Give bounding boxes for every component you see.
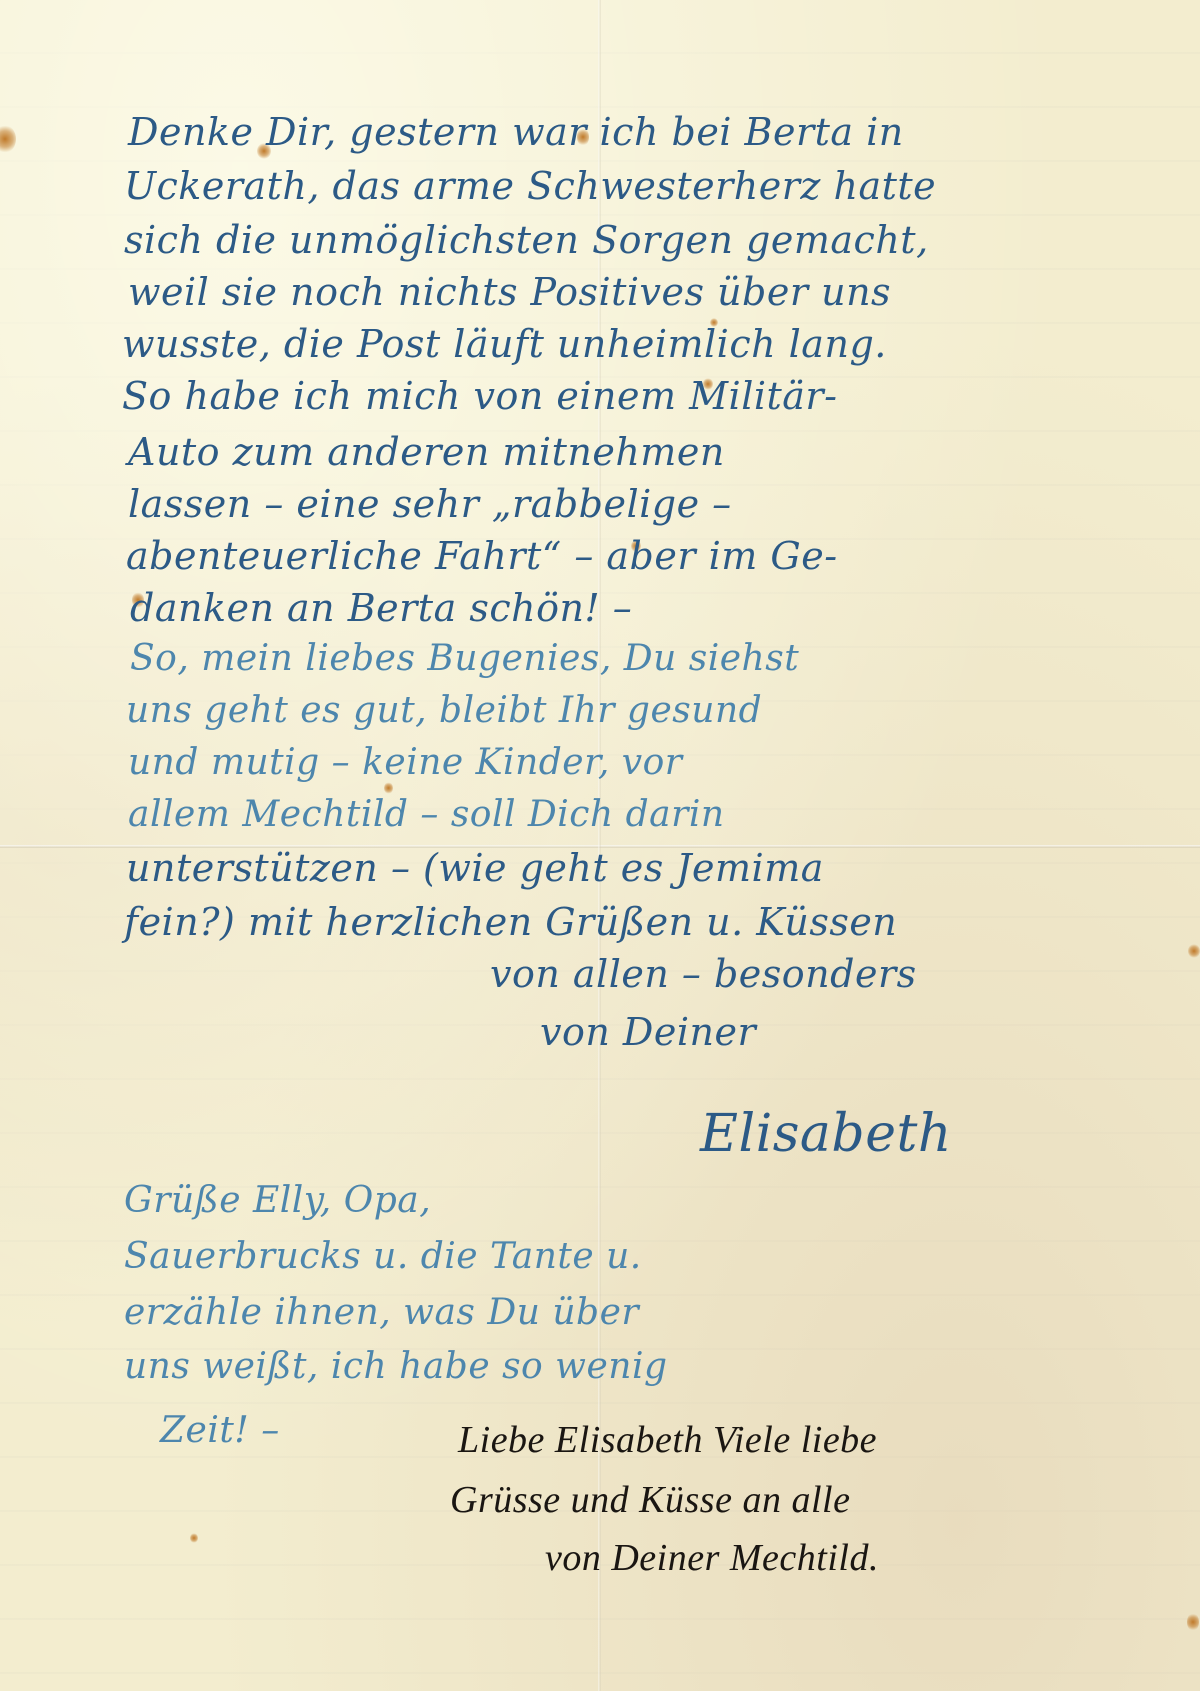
letter-line: So habe ich mich von einem Militär-: [122, 374, 837, 418]
letter-line: sich die unmöglichsten Sorgen gemacht,: [124, 218, 929, 262]
letter-line: fein?) mit herzlichen Grüßen u. Küssen: [124, 900, 897, 944]
foxing-stain: [1188, 944, 1200, 958]
letter-line: So, mein liebes Bugenies, Du siehst: [130, 638, 799, 679]
letter-line: und mutig – keine Kinder, vor: [128, 742, 682, 783]
letter-line: allem Mechtild – soll Dich darin: [128, 794, 725, 835]
letter-line: lassen – eine sehr „rabbelige –: [128, 482, 732, 526]
postscript-line: erzähle ihnen, was Du über: [124, 1292, 639, 1333]
child-note-line: Liebe Elisabeth Viele liebe: [458, 1418, 877, 1462]
foxing-stain: [0, 125, 16, 153]
letter-line: Auto zum anderen mitnehmen: [128, 430, 725, 474]
letter-line: weil sie noch nichts Positives über uns: [128, 270, 891, 314]
postscript-line: Sauerbrucks u. die Tante u.: [124, 1236, 642, 1277]
foxing-stain: [190, 1533, 198, 1543]
letter-line: wusste, die Post läuft unheimlich lang.: [122, 322, 887, 366]
letter-page: Denke Dir, gestern war ich bei Berta in …: [0, 0, 1200, 1691]
letter-line: unterstützen – (wie geht es Jemima: [126, 846, 824, 890]
letter-line: von allen – besonders: [490, 952, 917, 996]
foxing-stain: [384, 782, 393, 794]
letter-line: Uckerath, das arme Schwesterherz hatte: [124, 164, 936, 208]
letter-line: von Deiner: [540, 1010, 756, 1054]
letter-line: uns geht es gut, bleibt Ihr gesund: [126, 690, 762, 731]
child-note-line: Grüsse und Küsse an alle: [450, 1478, 850, 1522]
postscript-line: Grüße Elly, Opa,: [124, 1180, 431, 1221]
foxing-stain: [1187, 1613, 1199, 1631]
letter-line: danken an Berta schön! –: [130, 586, 632, 630]
letter-line: abenteuerliche Fahrt“ – aber im Ge-: [126, 534, 838, 578]
child-note-line: von Deiner Mechtild.: [545, 1536, 879, 1580]
letter-line: Denke Dir, gestern war ich bei Berta in: [128, 110, 904, 154]
signature: Elisabeth: [700, 1104, 952, 1164]
postscript-line: uns weißt, ich habe so wenig: [124, 1346, 668, 1387]
postscript-line: Zeit! –: [160, 1410, 280, 1451]
